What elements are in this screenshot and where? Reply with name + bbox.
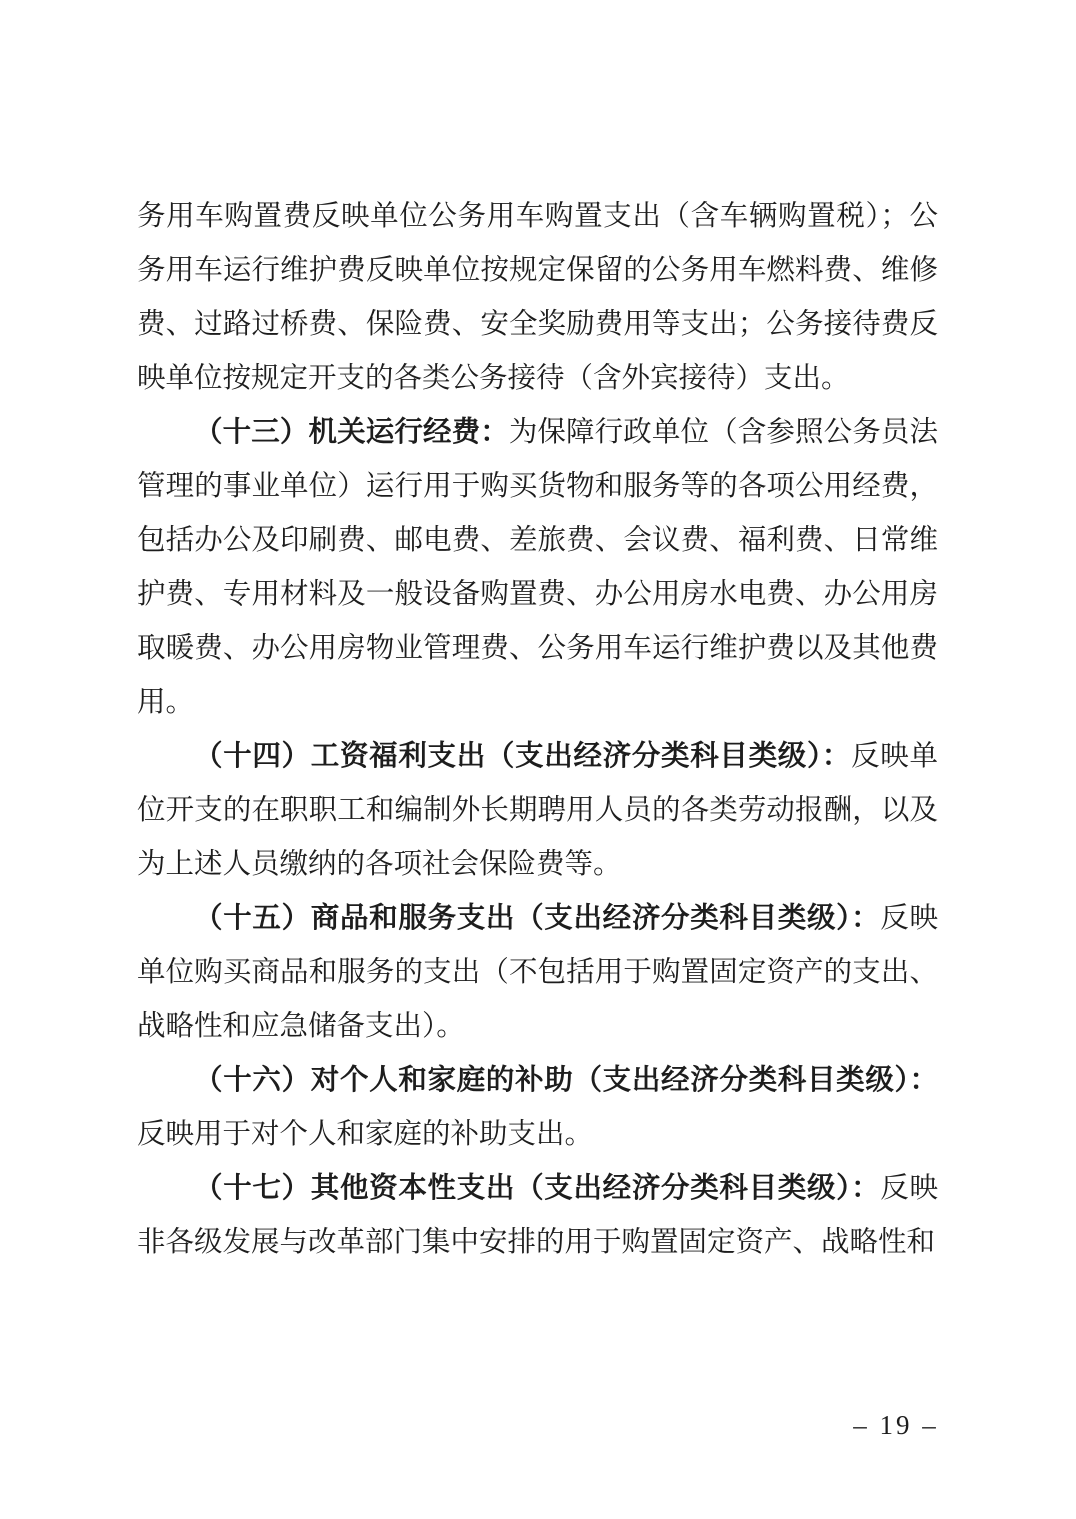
section-heading: （十三）机关运行经费： [194,417,509,448]
section-heading: （十五）商品和服务支出（支出经济分类科目类级）： [194,903,880,934]
paragraph-section-17: （十七）其他资本性支出（支出经济分类科目类级）：反映非各级发展与改革部门集中安排… [137,1162,938,1270]
page-number: – 19 – [836,1405,956,1445]
paragraph-text: 为保障行政单位（含参照公务员法管理的事业单位）运行用于购买货物和服务等的各项公用… [137,417,938,718]
paragraph-text: 反映用于对个人和家庭的补助支出。 [137,1119,593,1150]
paragraph-section-13: （十三）机关运行经费：为保障行政单位（含参照公务员法管理的事业单位）运行用于购买… [137,406,938,730]
document-body: 务用车购置费反映单位公务用车购置支出（含车辆购置税）；公务用车运行维护费反映单位… [137,190,938,1270]
paragraph-section-15: （十五）商品和服务支出（支出经济分类科目类级）：反映单位购买商品和服务的支出（不… [137,892,938,1054]
paragraph-section-14: （十四）工资福利支出（支出经济分类科目类级）：反映单位开支的在职职工和编制外长期… [137,730,938,892]
paragraph-continuation: 务用车购置费反映单位公务用车购置支出（含车辆购置税）；公务用车运行维护费反映单位… [137,190,938,406]
section-heading: （十七）其他资本性支出（支出经济分类科目类级）： [194,1173,880,1204]
paragraph-section-16: （十六）对个人和家庭的补助（支出经济分类科目类级）：反映用于对个人和家庭的补助支… [137,1054,938,1162]
document-page: 务用车购置费反映单位公务用车购置支出（含车辆购置税）；公务用车运行维护费反映单位… [0,0,1076,1519]
paragraph-text: 务用车购置费反映单位公务用车购置支出（含车辆购置税）；公务用车运行维护费反映单位… [137,201,938,394]
section-heading: （十六）对个人和家庭的补助（支出经济分类科目类级）： [194,1065,938,1096]
section-heading: （十四）工资福利支出（支出经济分类科目类级）： [194,741,851,772]
